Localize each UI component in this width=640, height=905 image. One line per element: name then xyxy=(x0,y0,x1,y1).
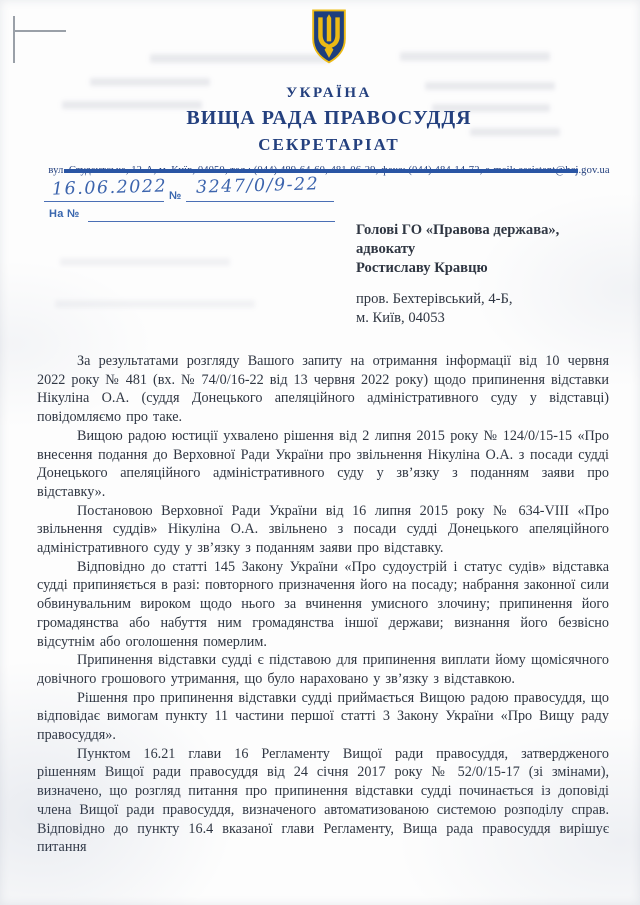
recipient-name: Ростиславу Кравцю xyxy=(356,259,559,278)
date-underline xyxy=(44,201,164,202)
number-sign-label: № xyxy=(169,190,182,202)
showthrough-artifact xyxy=(55,300,255,308)
body-paragraph: Вищою радою юстиції ухвалено рішення від… xyxy=(37,427,609,502)
recipient-city: м. Київ, 04053 xyxy=(356,309,559,328)
body-paragraph: Припинення відставки судді є підставою д… xyxy=(37,651,609,688)
recipient-street: пров. Бехтерівський, 4-Б, xyxy=(356,290,559,309)
showthrough-artifact xyxy=(60,258,230,266)
recipient-role: адвокату xyxy=(356,240,559,259)
body-paragraph: Рішення про припинення відставки судді п… xyxy=(37,689,609,745)
reply-number-underline xyxy=(88,221,335,222)
handwritten-outgoing-number: 3247/0/9-22 xyxy=(196,174,320,197)
recipient-title: Голові ГО «Правова держава», xyxy=(356,221,559,240)
letterhead: УКРАЇНА ВИЩА РАДА ПРАВОСУДДЯ СЕКРЕТАРІАТ… xyxy=(18,0,640,176)
recipient-block: Голові ГО «Правова держава», адвокату Ро… xyxy=(356,221,559,328)
body-paragraph: За результатами розгляду Вашого запиту н… xyxy=(37,352,609,427)
scanned-letter-page: УКРАЇНА ВИЩА РАДА ПРАВОСУДДЯ СЕКРЕТАРІАТ… xyxy=(0,0,640,905)
body-paragraph: Відповідно до статті 145 Закону України … xyxy=(37,558,609,652)
department-name: СЕКРЕТАРІАТ xyxy=(18,135,640,155)
body-paragraph: Пунктом 16.21 глави 16 Регламенту Вищої … xyxy=(37,745,609,857)
country-name: УКРАЇНА xyxy=(18,85,640,102)
letter-body: За результатами розгляду Вашого запиту н… xyxy=(37,352,609,857)
number-underline xyxy=(186,201,334,202)
crop-mark-vertical xyxy=(13,16,15,63)
reply-to-number-label: На № xyxy=(49,208,80,220)
handwritten-date: 16.06.2022 xyxy=(52,176,168,199)
organization-name: ВИЩА РАДА ПРАВОСУДДЯ xyxy=(18,107,640,130)
letterhead-double-rule xyxy=(64,169,578,173)
ukraine-trident-emblem xyxy=(310,8,348,66)
body-paragraph: Постановою Верховної Ради України від 16… xyxy=(37,502,609,558)
